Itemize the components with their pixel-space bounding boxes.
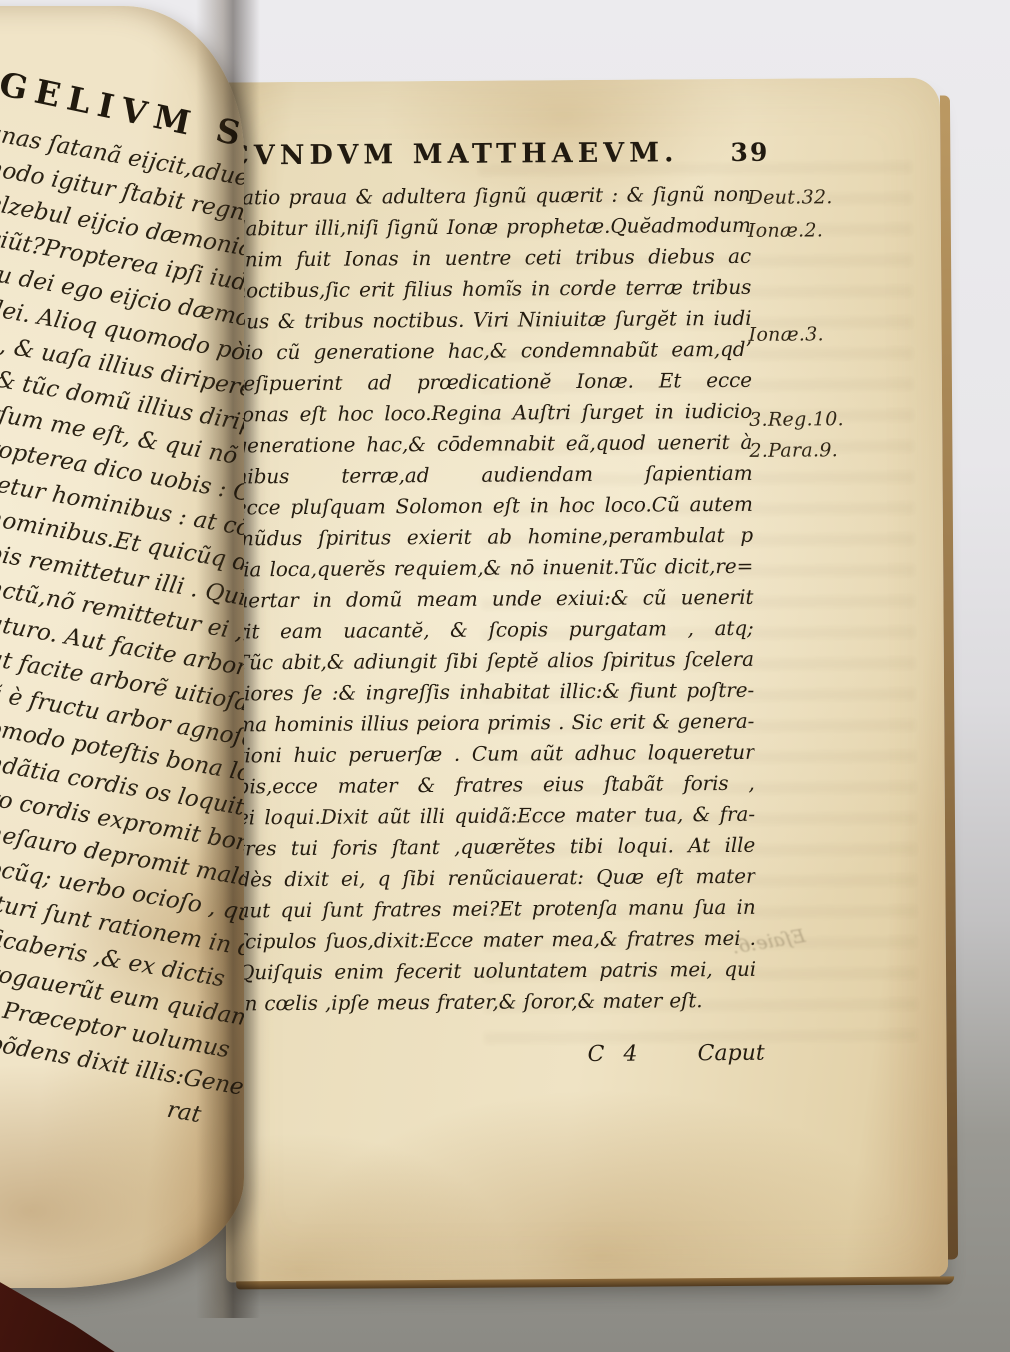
margin-note: 2.Para.9. [749,439,838,462]
body-text-line: Tũc abit,& adiungit ſibi ſeptĕ alios ſpi… [236,644,754,679]
body-text-line: Ionas eſt hoc loco.Regina Auſtri ſurget … [234,396,752,431]
body-text-line: ma hominis illius peiora primis . Sic er… [236,706,754,741]
body-text-line: in cœlis ,ipſe meus frater,& ſoror,& mat… [238,985,756,1020]
body-text-line: cio cũ generatione hac,& condemnabũt eam… [234,334,752,369]
body-text-line: aut qui ſunt fratres mei?Et protenſa man… [237,892,755,927]
body-text-line: noctibus,ſic erit filius homĩs in corde … [233,272,751,307]
margin-note: Deut.32. [748,186,833,209]
right-page: CVNDVM MATTHAEVM. 39 ratio praua & adult… [218,77,948,1282]
body-text-line: tiores ſe :& ingreſſis inhabitat illic:&… [236,675,754,710]
body-text-line: dès dixit ei, q ſibi renũciauerat: Quæ e… [237,861,755,896]
body-text-line: bis,ecce mater & fratres eius ſtabãt for… [237,768,755,803]
margin-note: Ionæ.2. [748,219,823,242]
body-text-line: reſipuerint ad prœdicationĕ Ionæ. Et ecc… [234,365,752,400]
body-text-line: ſcipulos ſuos,dixit:Ecce mater mea,& fra… [238,923,756,958]
catchword: Caput [698,1041,765,1066]
body-text-line: tres tui foris ſtant ,quærĕtes tibi loqu… [237,830,755,865]
signature-mark: C 4 [588,1042,644,1067]
body-text-line: bus & tribus noctibus. Viri Niniuitæ ſur… [233,303,751,338]
body-text-line: ei loqui.Dixit aũt illi quidã:Ecce mater… [237,799,755,834]
body-text-line: mũdus ſpiritus exierit ab homine,perambu… [235,520,753,555]
body-lines: ratio praua & adultera ſignũ quærit : & … [233,179,757,1020]
margin-note: Ionæ.3. [749,323,824,346]
body-text-line: generatione hac,& cōdemnabit eã,quod uen… [234,427,752,462]
left-page: GELIVM SE anas ſatanã eijcit,aduerſunodo… [0,6,244,1288]
body-text-line: dabitur illi,niſi ſignũ Ionæ prophetæ.Qu… [233,210,751,245]
body-text-line: tia loca,querĕs requiem,& nō inuenit.Tũc… [235,551,753,586]
running-header: CVNDVM MATTHAEVM. 39 [218,137,778,172]
folio-number: 39 [730,138,769,167]
margin-note: 3.Reg.10. [749,408,844,431]
left-page-lines: anas ſatanã eijcit,aduerſunodo igitur ſt… [0,116,244,1096]
body-text-line: ratio praua & adultera ſignũ quærit : & … [233,179,751,214]
body-text-line: enim fuit Ionas in uentre ceti tribus di… [233,241,751,276]
right-page-surface: CVNDVM MATTHAEVM. 39 ratio praua & adult… [218,77,948,1282]
body-text-line: tioni huic peruerſæ . Cum aũt adhuc loqu… [236,737,754,772]
body-text-line: nibus terræ,ad audiendam ſapientiam Solo… [234,458,752,493]
body-text-line: rit eam uacantĕ, & ſcopis purgatam , atq… [236,613,754,648]
body-text-line: uertar in domũ meam unde exiui:& cũ uene… [235,582,753,617]
book-photo-scene: CVNDVM MATTHAEVM. 39 ratio praua & adult… [0,0,1010,1352]
running-header-title: CVNDVM MATTHAEVM. [227,137,678,171]
body-text-line: ecce pluſquam Solomon eſt in hoc loco.Cũ… [235,489,753,524]
body-text-line: Quiſquis enim fecerit uoluntatem patris … [238,954,756,989]
